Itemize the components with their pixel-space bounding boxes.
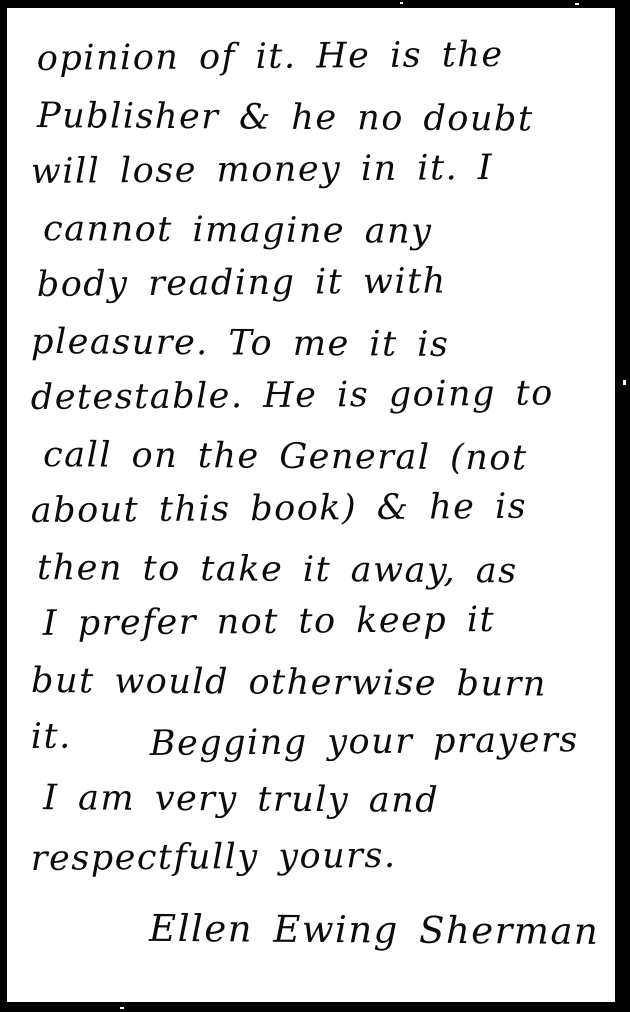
closing-opening-text: Begging your prayers xyxy=(150,720,579,764)
scan-noise-speck xyxy=(400,2,403,4)
letter-line-text: detestable. He is going to xyxy=(31,373,554,418)
letter-line-combined: it. Begging your prayers xyxy=(31,695,609,757)
letter-line-text: it. xyxy=(31,716,72,756)
letter-line-text: I prefer not to keep it xyxy=(43,599,496,643)
scanned-letter-frame: opinion of it. He is the Publisher & he … xyxy=(0,0,630,1012)
signature-text: Ellen Ewing Sherman xyxy=(149,906,599,952)
letter-page: opinion of it. He is the Publisher & he … xyxy=(7,8,615,1002)
letter-line: opinion of it. He is the xyxy=(31,17,609,79)
scan-noise-speck xyxy=(120,1007,124,1009)
signature: Ellen Ewing Sherman xyxy=(31,879,609,953)
closing-line-text: respectfully yours. xyxy=(31,835,397,878)
letter-line: body reading it with xyxy=(31,243,609,305)
letter-line-text: body reading it with xyxy=(37,261,447,305)
letter-line-text: about this book) & he is xyxy=(31,486,528,530)
closing-line-text: I am very truly and xyxy=(43,778,439,821)
letter-line: will lose money in it. I xyxy=(31,130,609,192)
letter-line: detestable. He is going to xyxy=(31,356,609,418)
closing-line: respectfully yours. xyxy=(30,812,609,878)
letter-line-text: opinion of it. He is the xyxy=(37,34,504,78)
scan-noise-speck xyxy=(623,380,626,385)
letter-line: about this book) & he is xyxy=(31,469,609,531)
scan-noise-speck xyxy=(575,3,579,5)
closing-line: I am very truly and xyxy=(31,757,609,822)
letter-line: I prefer not to keep it xyxy=(31,582,609,644)
letter-line-text: will lose money in it. I xyxy=(31,147,494,191)
